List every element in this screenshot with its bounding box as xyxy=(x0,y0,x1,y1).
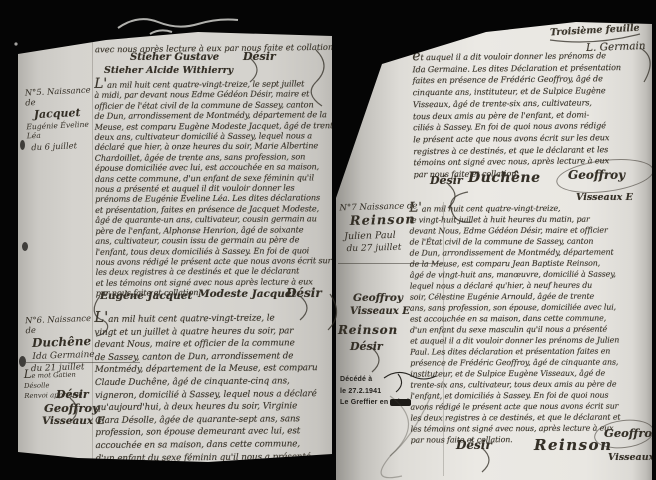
ink-blob xyxy=(20,140,25,150)
signature: Visseaux E xyxy=(350,306,410,317)
signature: Stieher Alcide Withierry xyxy=(104,65,233,76)
signature: Geoffroy xyxy=(353,292,403,304)
death-stamp: Décédé à le 27.2.1941 Le Greffier en Che… xyxy=(340,376,411,406)
act6-line: Montmédy, département de la Meuse, est c… xyxy=(95,362,332,377)
act-number: N°5. Naissance de xyxy=(25,85,92,108)
signature: Désir xyxy=(56,388,89,401)
signature: Eugène Jacquet xyxy=(100,290,192,302)
signature: Désir xyxy=(430,174,463,187)
act7-body: L'an mil huit cent quatre-vingt-treize,l… xyxy=(409,201,650,445)
act-date: du 6 juillet xyxy=(31,140,93,153)
ink-blob xyxy=(19,356,26,367)
signature: Désir xyxy=(456,438,492,452)
right-page: Troisième feuille L. Germain et auquel i… xyxy=(336,20,652,480)
sheet-note: Troisième feuille xyxy=(550,23,640,39)
act7-line: âgé de vingt-huit ans, manœuvre, domicil… xyxy=(410,268,650,280)
stamp-blotted-word: Chef xyxy=(390,399,410,406)
stamp-date: le 27.2.1941 xyxy=(340,388,381,395)
stamp-decede-label: Décédé à xyxy=(340,376,372,383)
signature: Désir xyxy=(350,340,383,353)
act7-line: ans, sans profession, son épouse, domici… xyxy=(410,301,650,313)
ink-blob xyxy=(22,242,28,251)
signature: Modeste Jacquet xyxy=(198,288,296,300)
act-given-names: Ida Germaine xyxy=(32,350,96,362)
act7-line: présence de Frédéric Geoffroy, âgé de ci… xyxy=(410,356,650,368)
signature: Visseaux E xyxy=(608,452,656,463)
signature: Reinson xyxy=(338,323,398,337)
signature: Stieher Gustave xyxy=(130,52,219,63)
stamp-greffier-label: Le Greffier en xyxy=(340,399,388,406)
act-given-names: Eugénie Éveline Léa xyxy=(26,120,93,141)
act-surname: Duchêne xyxy=(32,334,96,350)
act-number: N°6. Naissance de xyxy=(25,313,96,335)
left-page: avec nous après lecture à eux par nous f… xyxy=(18,30,332,464)
act-surname: Jacquet xyxy=(34,106,93,122)
signature: Geoffroy xyxy=(44,401,99,415)
act5-body: L'an mil huit cent quatre-vingt-treize, … xyxy=(94,77,333,298)
act6-line: d'un enfant du sexe féminin qu'il nous a… xyxy=(96,450,333,465)
act7-line: et auquel il a dit vouloir donner les pr… xyxy=(410,334,650,346)
act7-line: trente-six ans, cultivateur, tous deux a… xyxy=(410,378,650,390)
register-scan: avec nous après lecture à eux par nous f… xyxy=(0,0,656,480)
act6-body-start: L'an mil huit cent quatre-vingt-treize, … xyxy=(94,309,332,465)
margin-note-act6: N°6. Naissance de Duchêne Ida Germaine d… xyxy=(25,313,97,374)
margin-note-act5: N°5. Naissance de Jacquet Eugénie Évelin… xyxy=(25,85,94,153)
signature: Désir xyxy=(243,50,276,63)
signature: Désir xyxy=(286,286,322,300)
signature: Duchêne xyxy=(468,170,541,186)
